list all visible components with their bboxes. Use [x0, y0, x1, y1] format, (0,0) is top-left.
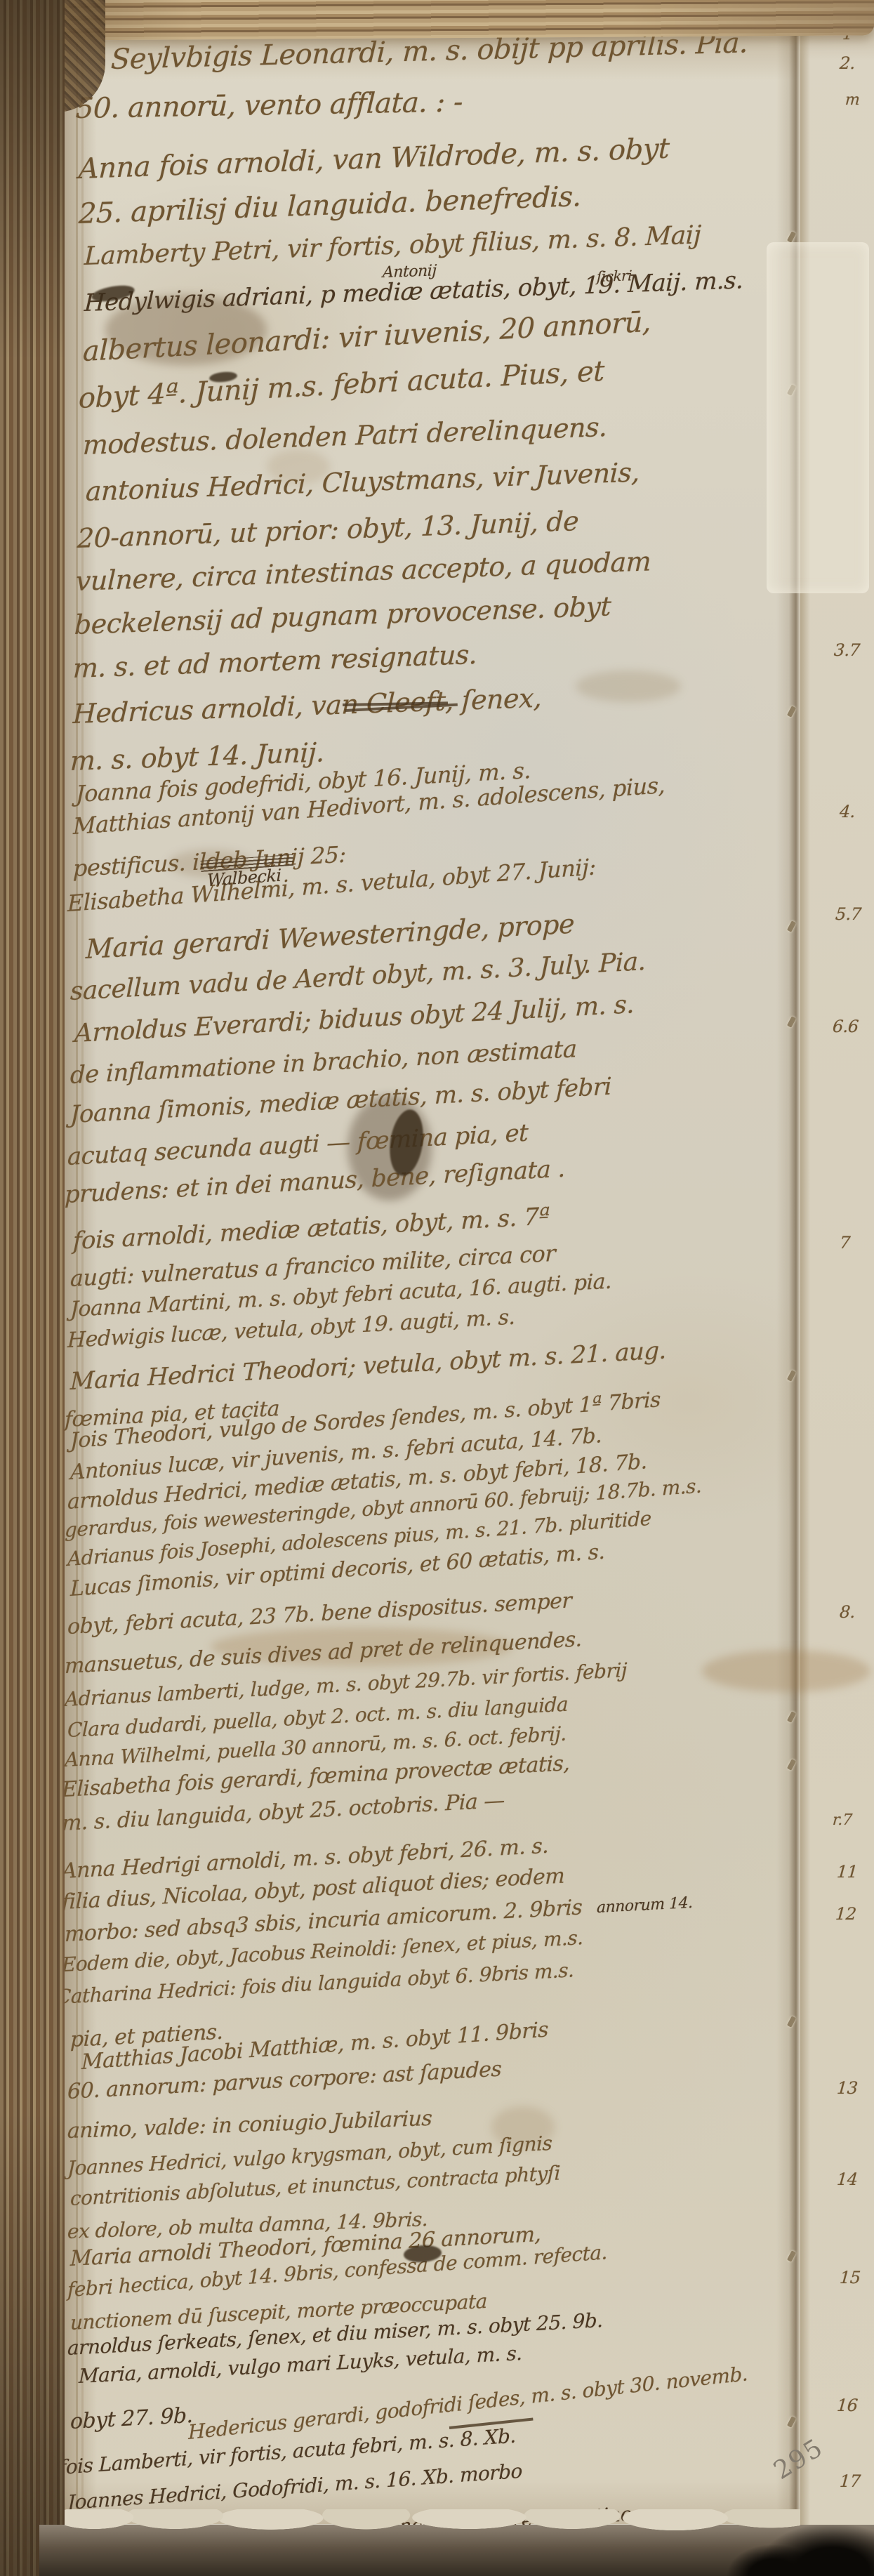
- next-page-text-fragment: 11: [836, 1862, 859, 1882]
- stain: [702, 1650, 870, 1692]
- next-page-text-fragment: 5.7: [835, 904, 862, 924]
- next-page-text-fragment: 17: [839, 2471, 861, 2491]
- next-page-text-fragment: 2.: [839, 53, 856, 73]
- next-page-text-fragment: r.7: [832, 1811, 852, 1829]
- stain: [576, 671, 681, 702]
- next-page-text-fragment: 16: [836, 2396, 859, 2415]
- next-page-text-fragment: m: [845, 91, 860, 109]
- next-page-text-fragment: 6.6: [832, 1017, 859, 1036]
- next-page-text-fragment: 12: [835, 1904, 857, 1924]
- book-top-page-edges: [0, 0, 874, 41]
- next-page-text-fragment: 8.: [839, 1602, 856, 1622]
- next-page-text-fragment: 4.: [839, 802, 856, 821]
- interlinear-insert: Antonij: [383, 262, 437, 282]
- manuscript-line: 50. annorū, vento afflata. : -: [75, 86, 463, 125]
- book-spine-binding: [0, 0, 65, 2576]
- next-page-text-fragment: 14: [836, 2169, 859, 2189]
- next-page-text-fragment: 13: [836, 2078, 859, 2098]
- next-page-text-fragment: 15: [839, 2268, 861, 2287]
- manuscript-photo: Seylvbigis Leonardi, m. s. obijt pp apri…: [0, 0, 874, 2576]
- next-page-text-fragment: 7: [839, 1233, 851, 1253]
- page-bottom-deckle-edge: [65, 2509, 800, 2539]
- next-page-text-fragment: 3.7: [833, 640, 861, 660]
- repair-tape-patch: [767, 242, 869, 593]
- interlinear-insert: ſickri: [597, 267, 633, 285]
